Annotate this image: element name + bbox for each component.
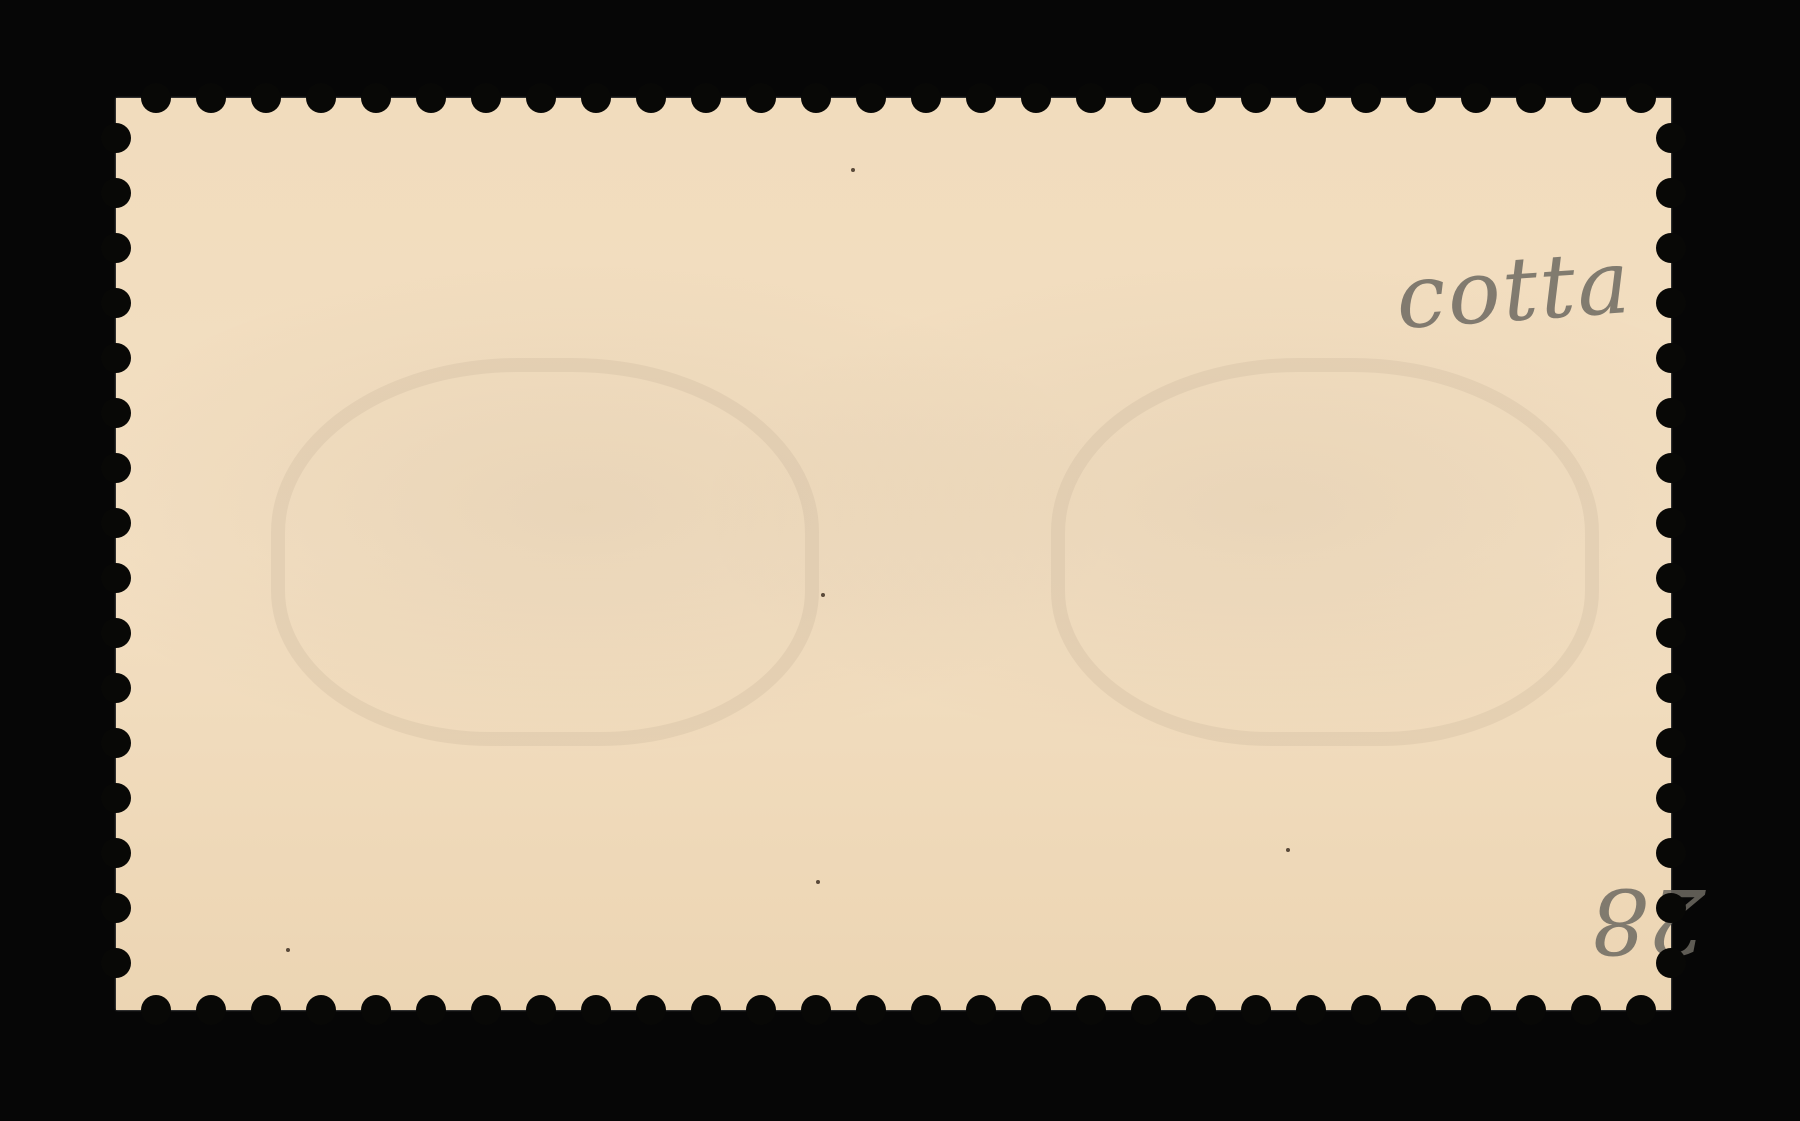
perforation-hole — [361, 83, 391, 113]
perforation-hole — [101, 948, 131, 978]
perforation-hole — [471, 83, 501, 113]
perforation-hole — [1131, 995, 1161, 1025]
perforation-hole — [1241, 995, 1271, 1025]
perforation-hole — [1656, 178, 1686, 208]
perforation-hole — [636, 995, 666, 1025]
perforation-hole — [1656, 288, 1686, 318]
perforation-hole — [1461, 995, 1491, 1025]
perforation-hole — [1461, 83, 1491, 113]
perforation-hole — [1296, 995, 1326, 1025]
paper-speck — [851, 168, 855, 172]
perforation-hole — [1656, 398, 1686, 428]
perforation-hole — [1626, 995, 1656, 1025]
show-through-crown-right — [1051, 358, 1599, 746]
perforation-hole — [101, 288, 131, 318]
perforation-hole — [101, 343, 131, 373]
perforation-hole — [1656, 783, 1686, 813]
perforation-hole — [101, 673, 131, 703]
perforation-hole — [101, 508, 131, 538]
perforation-hole — [1656, 563, 1686, 593]
paper-speck — [286, 948, 290, 952]
perforation-hole — [801, 83, 831, 113]
perforation-hole — [1296, 83, 1326, 113]
perforation-hole — [1516, 83, 1546, 113]
perforation-hole — [1131, 83, 1161, 113]
perforation-hole — [746, 995, 776, 1025]
perforation-hole — [1656, 618, 1686, 648]
perforation-hole — [1351, 995, 1381, 1025]
perforation-hole — [416, 83, 446, 113]
perforation-hole — [691, 995, 721, 1025]
perforation-hole — [1571, 995, 1601, 1025]
perforation-hole — [196, 995, 226, 1025]
perforation-hole — [1241, 83, 1271, 113]
perforation-hole — [1656, 838, 1686, 868]
perforation-hole — [911, 995, 941, 1025]
perforation-hole — [101, 233, 131, 263]
perforation-hole — [196, 83, 226, 113]
perforation-hole — [101, 618, 131, 648]
perforation-hole — [526, 83, 556, 113]
perforation-hole — [1076, 83, 1106, 113]
perforation-hole — [856, 995, 886, 1025]
perforation-hole — [581, 83, 611, 113]
perforation-hole — [306, 83, 336, 113]
perforation-hole — [1021, 995, 1051, 1025]
perforation-hole — [1571, 83, 1601, 113]
perforation-hole — [1406, 995, 1436, 1025]
perforation-hole — [1656, 453, 1686, 483]
perforation-hole — [101, 728, 131, 758]
perforation-hole — [1186, 995, 1216, 1025]
perforation-hole — [306, 995, 336, 1025]
perforation-hole — [581, 995, 611, 1025]
perforation-hole — [251, 83, 281, 113]
perforation-hole — [1626, 83, 1656, 113]
perforation-hole — [856, 83, 886, 113]
perforation-hole — [101, 398, 131, 428]
black-background: cotta 28 — [0, 0, 1800, 1121]
perforation-hole — [1656, 233, 1686, 263]
perforation-hole — [1656, 343, 1686, 373]
perforation-hole — [1021, 83, 1051, 113]
perforation-hole — [1656, 893, 1686, 923]
perforation-hole — [636, 83, 666, 113]
perforation-hole — [101, 893, 131, 923]
perforation-hole — [1656, 948, 1686, 978]
perforation-hole — [101, 838, 131, 868]
perforation-hole — [251, 995, 281, 1025]
perforation-hole — [1186, 83, 1216, 113]
perforation-hole — [141, 995, 171, 1025]
perforation-hole — [101, 453, 131, 483]
perforation-hole — [1656, 123, 1686, 153]
perforation-hole — [471, 995, 501, 1025]
perforation-hole — [361, 995, 391, 1025]
stamp-back: cotta 28 — [116, 98, 1671, 1010]
perforation-hole — [966, 83, 996, 113]
paper-speck — [1286, 848, 1290, 852]
perforation-hole — [1656, 728, 1686, 758]
perforation-hole — [1406, 83, 1436, 113]
perforation-hole — [1076, 995, 1106, 1025]
perforation-hole — [141, 83, 171, 113]
paper-speck — [821, 593, 825, 597]
show-through-crown-left — [271, 358, 819, 746]
perforation-hole — [911, 83, 941, 113]
perforation-hole — [416, 995, 446, 1025]
perforation-hole — [101, 563, 131, 593]
perforation-hole — [526, 995, 556, 1025]
perforation-hole — [101, 123, 131, 153]
perforation-hole — [1656, 508, 1686, 538]
perforation-hole — [691, 83, 721, 113]
perforation-hole — [101, 178, 131, 208]
perforation-hole — [966, 995, 996, 1025]
perforation-hole — [1656, 673, 1686, 703]
perforation-hole — [801, 995, 831, 1025]
pencil-note-number: 28 — [1591, 868, 1706, 973]
perforation-hole — [1516, 995, 1546, 1025]
pencil-note-cotta: cotta — [1393, 230, 1635, 349]
perforation-hole — [101, 783, 131, 813]
perforation-hole — [1351, 83, 1381, 113]
paper-speck — [816, 880, 820, 884]
perforation-hole — [746, 83, 776, 113]
